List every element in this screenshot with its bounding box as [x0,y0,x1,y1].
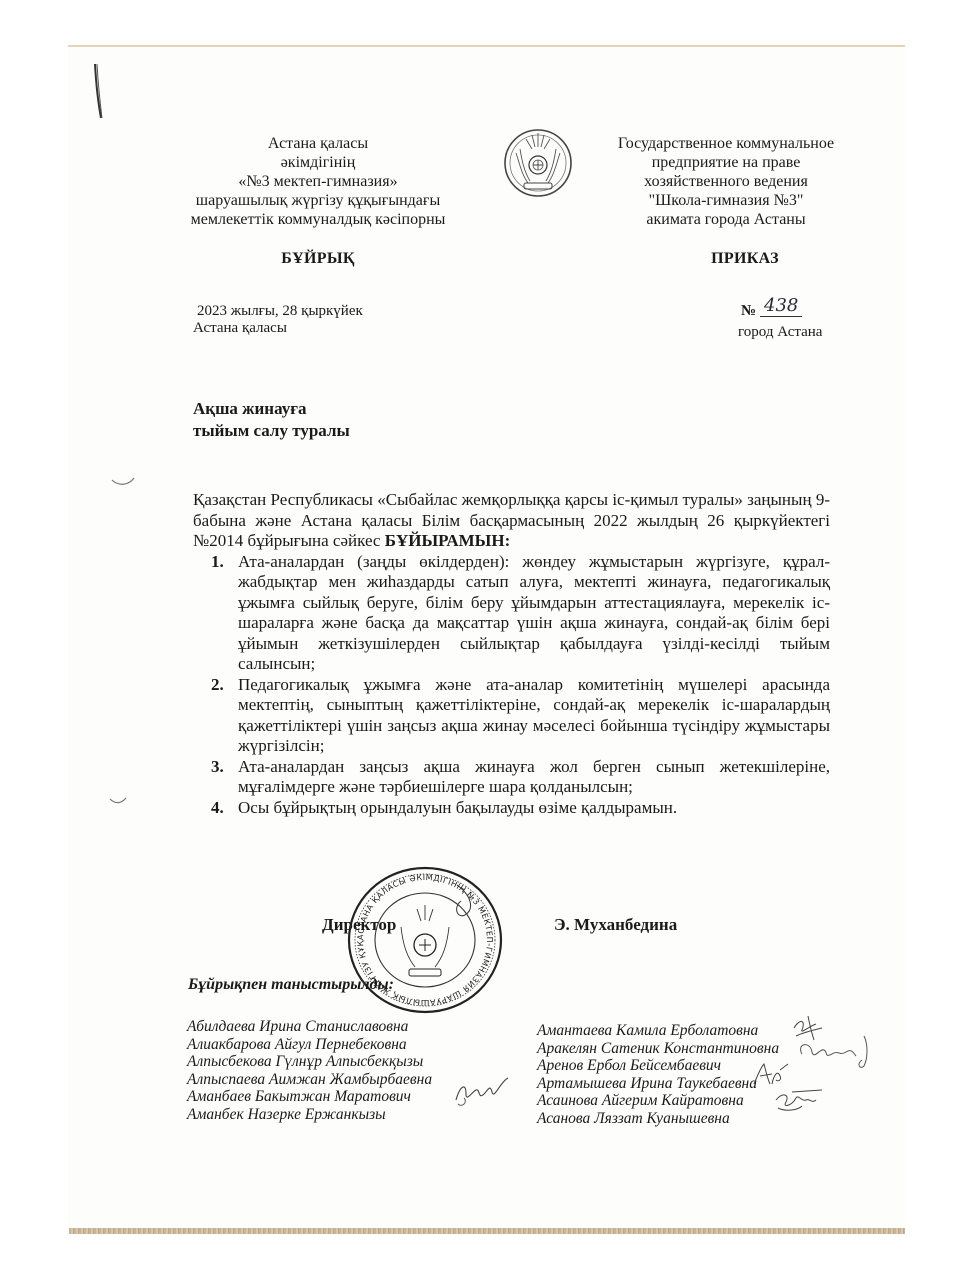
order-item: 1.Ата-аналардан (заңды өкілдерден): жөнд… [238,552,830,675]
person-name: Аманбаев Бакытжан Маратович [187,1088,432,1106]
item-text: Ата-аналардан (заңды өкілдерден): жөндеу… [238,552,830,674]
city-kz: Астана қаласы [193,320,287,337]
item-text: Ата-аналардан заңсыз ақша жинауға жол бе… [238,757,830,797]
person-name: Аракелян Сатеник Константиновна [537,1040,779,1058]
item-number: 2. [211,675,224,696]
acknowledgement-title: Бұйрықпен таныстырылды: [188,976,394,994]
order-number-handwritten: 438 [760,296,802,317]
person-name: Алпыспаева Аимжан Жамбырбаевна [187,1071,432,1089]
header-line: акимата города Астаны [596,210,856,229]
signatory-name: Э. Муханбедина [554,915,677,935]
item-text: Педагогикалық ұжымға және ата-аналар ком… [238,675,830,756]
header-ru: Государственное коммунальное предприятие… [596,134,856,268]
person-name: Аманбек Назерке Ержанкызы [187,1106,432,1124]
state-emblem-icon [502,125,574,205]
order-items: 1.Ата-аналардан (заңды өкілдерден): жөнд… [193,552,830,819]
title-line: тыйым салу туралы [193,420,350,442]
number-label: № [741,303,756,320]
acknowledged-list-left: Абилдаева Ирина Станиславовна Алиакбаров… [187,1018,432,1123]
header-line: "Школа-гимназия №3" [596,191,856,210]
person-name: Асаинова Айгерим Кайратовна [537,1092,779,1110]
person-name: Аренов Ербол Бейсембаевич [537,1057,779,1075]
page-edge [69,1228,905,1234]
handwritten-signature-icon [794,1034,878,1070]
header-line: әкімдігінің [168,153,468,172]
item-text: Осы бұйрықтың орындалуын бақылауды өзіме… [238,798,677,817]
person-name: Амантаева Камила Ерболатовна [537,1022,779,1040]
item-number: 3. [211,757,224,778]
preamble-text: Қазақстан Республикасы «Сыбайлас жемқорл… [193,490,830,550]
person-name: Алпысбекова Гүлнұр Алпысбекқызы [187,1053,432,1071]
city-ru: город Астана [738,324,822,341]
order-title: Ақша жинауға тыйым салу туралы [193,398,350,442]
order-item: 4.Осы бұйрықтың орындалуын бақылауды өзі… [238,798,830,819]
header-line: хозяйственного ведения [596,172,856,191]
person-name: Алиакбарова Айгул Пернебековна [187,1036,432,1054]
acknowledged-list-right: Амантаева Камила Ерболатовна Аракелян Са… [537,1022,779,1127]
preamble: Қазақстан Республикасы «Сыбайлас жемқорл… [193,490,830,552]
order-item: 2.Педагогикалық ұжымға және ата-аналар к… [238,675,830,757]
header-kz: Астана қаласы әкімдігінің «№3 мектеп-гим… [168,134,468,268]
handwritten-signature-icon [772,1086,828,1114]
header-line: мемлекеттік коммуналдық кәсіпорны [168,210,468,229]
header-line: шаруашылық жүргізу құқығындағы [168,191,468,210]
order-date: 2023 жылғы, 28 қыркүйек [197,303,363,320]
header-line: Астана қаласы [168,134,468,153]
title-line: Ақша жинауға [193,398,350,420]
item-number: 1. [211,552,224,573]
punch-hole-mark-icon [108,796,128,806]
person-name: Абилдаева Ирина Станиславовна [187,1018,432,1036]
punch-hole-mark-icon [110,474,136,488]
header-line: «№3 мектеп-гимназия» [168,172,468,191]
person-name: Асанова Ляззат Куанышевна [537,1110,779,1128]
pen-mark-icon [92,62,106,122]
order-body: Қазақстан Республикасы «Сыбайлас жемқорл… [193,490,830,818]
header-line: Государственное коммунальное [596,134,856,153]
item-number: 4. [211,798,224,819]
doc-type-ru: ПРИКАЗ [634,249,856,268]
doc-type-kz: БҰЙРЫҚ [168,249,468,268]
person-name: Артамышева Ирина Таукебаевна [537,1075,779,1093]
header-line: предприятие на праве [596,153,856,172]
command-word: БҰЙЫРАМЫН: [385,531,511,550]
order-item: 3.Ата-аналардан заңсыз ақша жинауға жол … [238,757,830,798]
handwritten-signature-icon [452,1072,512,1110]
